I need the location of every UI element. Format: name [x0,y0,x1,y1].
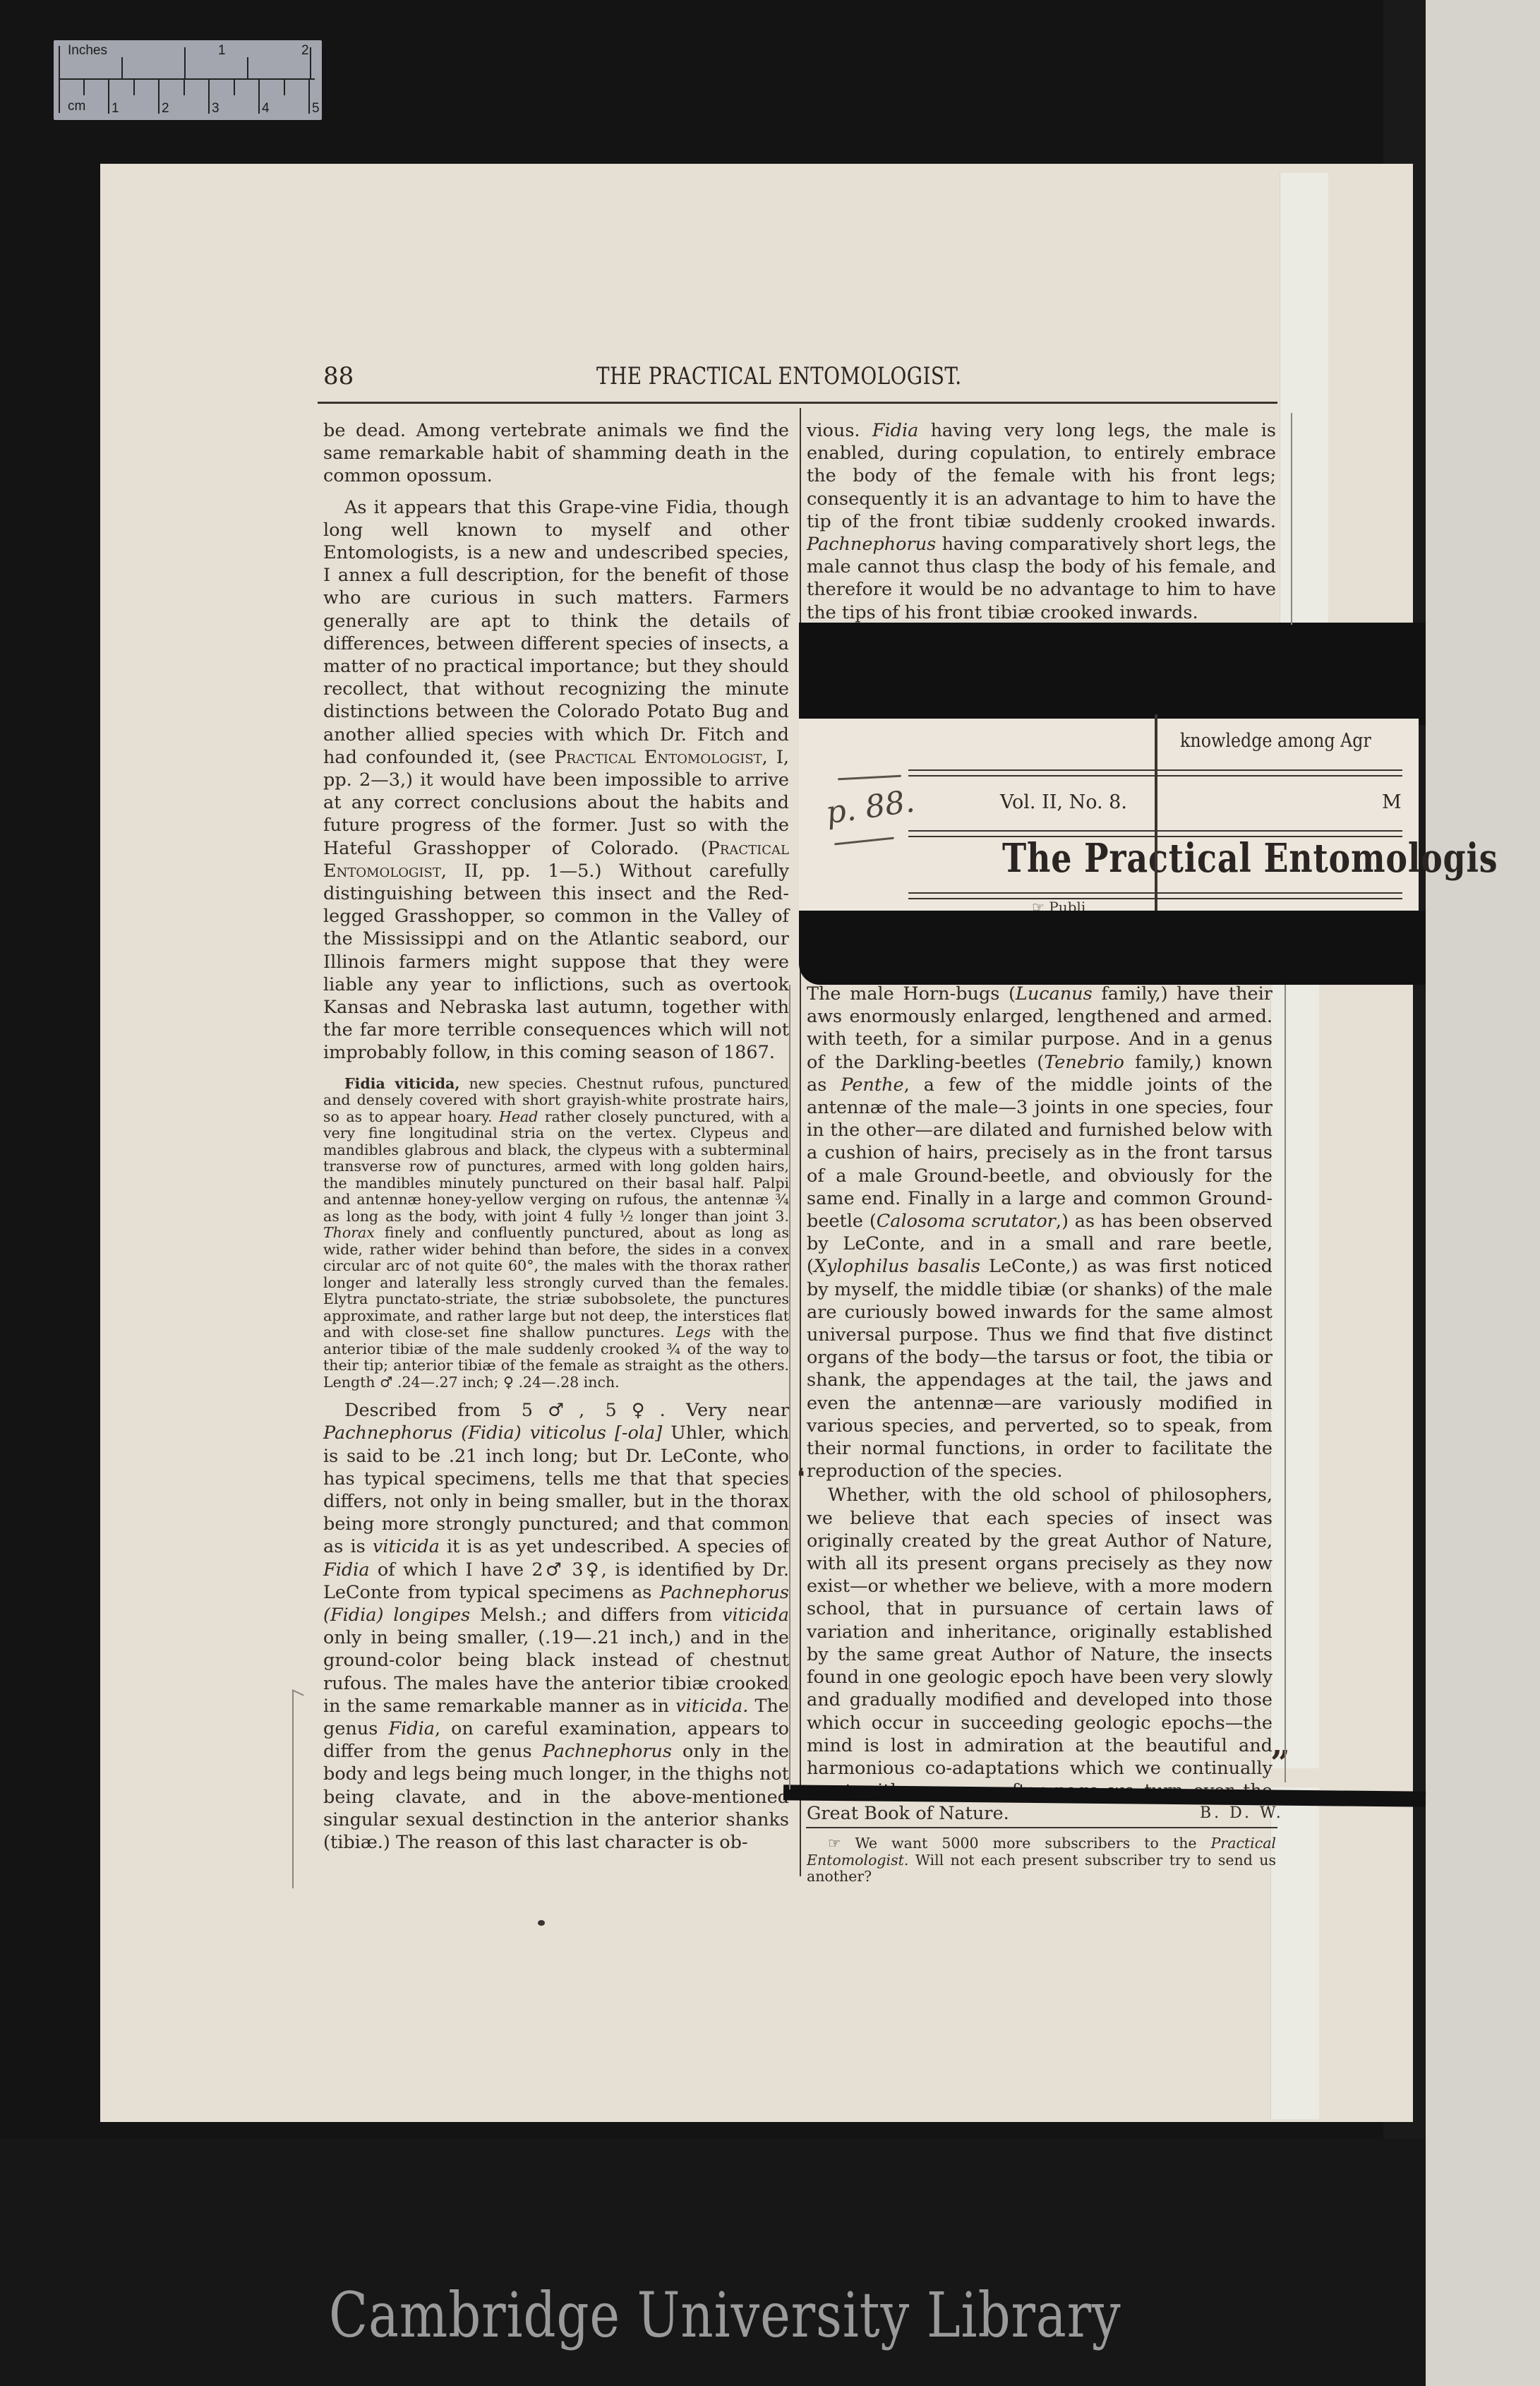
ruler-tick [247,57,248,80]
mount-board-edge [1426,0,1540,2386]
text-run: , a few of the middle joints of the ante… [807,1074,1273,1232]
backing-strip [799,623,1426,725]
text-run: viticida [373,1536,440,1557]
header-rule [318,402,1277,404]
ruler-axis [59,78,315,80]
right-column-top: vious. Fidia having very long legs, the … [807,419,1276,624]
paragraph: vious. Fidia having very long legs, the … [807,419,1276,624]
ruler-tick [184,80,185,95]
ink-blot [538,1920,545,1926]
text-run: Described from 5♂, 5♀. Very near [344,1400,789,1421]
text-run: Fidia [323,1559,370,1581]
conservation-tape [1270,985,1319,1768]
ruler-tick [59,46,60,113]
paragraph: be dead. Among vertebrate animals we fin… [323,419,789,488]
paragraph: Described from 5♂, 5♀. Very near Pachnep… [323,1399,789,1854]
text-run: Melsh.; and differs from [470,1605,722,1626]
pencil-line [1155,714,1157,913]
text-run: LeConte,) as was first noticed by myself… [807,1256,1273,1482]
conservation-tape [1280,173,1328,625]
handwritten-underline [838,775,901,781]
pencil-frame [789,985,790,1789]
journal-reference: Practical Entomologist [554,747,762,768]
ink-quote-mark: ” [1270,1744,1290,1783]
species-description: Fidia viticida, new species. Chestnut ru… [323,1076,789,1391]
ruler-cm-mark-5: 5 [312,101,320,116]
pencil-frame [1285,985,1286,1782]
text-run: As it appears that this Grape-vine Fidia… [323,497,789,768]
text-run: Lucanus [1016,983,1093,1005]
text-run: viticida [722,1605,789,1626]
text-run: Fidia [872,420,919,441]
ruler-cm-label: cm [68,99,85,114]
ruler-tick [258,80,260,114]
author-signature: B. D. W. [1200,1804,1284,1822]
ruler-tick [108,80,109,114]
ruler-cm-mark-4: 4 [262,101,270,116]
paragraph: ☞ We want 5000 more subscribers to the P… [807,1835,1276,1886]
text-run: Penthe [841,1074,903,1096]
running-title: THE PRACTICAL ENTOMOLOGIST. [596,362,962,390]
text-run: Head [499,1108,538,1125]
left-column: be dead. Among vertebrate animals we fin… [323,419,789,1854]
library-watermark: Cambridge University Library [329,2279,1121,2351]
volume-number: Vol. II, No. 8. [1000,791,1127,813]
text-run: Calosoma scrutator [877,1211,1056,1232]
pencil-frame [1291,413,1292,625]
pointing-hand-icon: ☞ We want 5000 more subscribers to the [828,1835,1211,1852]
ruler-inch-mark-2: 2 [301,43,309,59]
text-run: Legs [676,1324,711,1341]
right-column-bottom: The male Horn-bugs (Lucanus family,) hav… [807,983,1273,1826]
ruler-tick [184,47,186,80]
ruler-cm-mark-2: 2 [162,101,169,116]
text-run: Fidia [388,1718,435,1739]
paragraph: The male Horn-bugs (Lucanus family,) hav… [807,983,1273,1482]
text-run: , II, pp. 1—5.) Without carefully distin… [323,861,789,1064]
backing-strip [799,911,1426,985]
text-run: Tenebrio [1044,1052,1124,1073]
ruler-cm-mark-3: 3 [212,101,219,116]
ruler-tick [121,57,123,80]
page-number: 88 [323,362,354,390]
ruler-tick [158,80,160,114]
ruler-tick [284,80,285,95]
masthead-title: The Practical Entomologis [1002,835,1498,882]
paragraph: Whether, with the old school of philosop… [807,1484,1273,1825]
ruler-tick [83,80,85,95]
text-run: Pachnephorus [807,534,936,555]
pencil-bracket [292,1691,294,1888]
handwritten-page-note: p. 88. [824,783,917,831]
masthead-tagline: knowledge among Agr [1180,730,1371,752]
species-name: Fidia viticida, [344,1075,459,1092]
text-run: vious. [807,420,872,441]
subscriber-notice: ☞ We want 5000 more subscribers to the P… [807,1835,1276,1886]
text-run: rather closely punctured, with a very fi… [323,1108,789,1225]
text-run: viticida. [675,1696,748,1717]
handwritten-underline [834,837,894,846]
ruler-inches-label: Inches [68,43,107,59]
masthead-clipping: knowledge among Agr Vol. II, No. 8. M Th… [799,719,1419,911]
scale-ruler: Inches cm 1 2 1 2 3 4 5 [54,40,322,120]
paragraph: As it appears that this Grape-vine Fidia… [323,496,789,1065]
text-run: Thorax [323,1224,375,1241]
ruler-tick [208,80,210,114]
running-head: 88 THE PRACTICAL ENTOMOLOGIST. [318,362,1277,397]
text-run: Xylophilus basalis [814,1256,980,1277]
text-run: The male Horn-bugs ( [807,983,1016,1005]
text-run: Pachnephorus [543,1741,672,1762]
ruler-inch-mark-1: 1 [218,43,226,59]
issue-month: M [1382,791,1402,813]
text-run: it is as yet undescribed. A species of [440,1536,789,1557]
ink-mark: ❛ [798,1465,805,1489]
ruler-tick [308,80,310,114]
notice-rule [806,1827,1277,1828]
conservation-tape [1270,1787,1319,2119]
text-run: Pachnephorus (Fidia) viticolus [-ola] [323,1422,662,1444]
ruler-cm-mark-1: 1 [112,101,119,116]
ruler-tick [234,80,235,95]
ruler-tick [310,47,311,80]
ruler-tick [133,80,135,95]
